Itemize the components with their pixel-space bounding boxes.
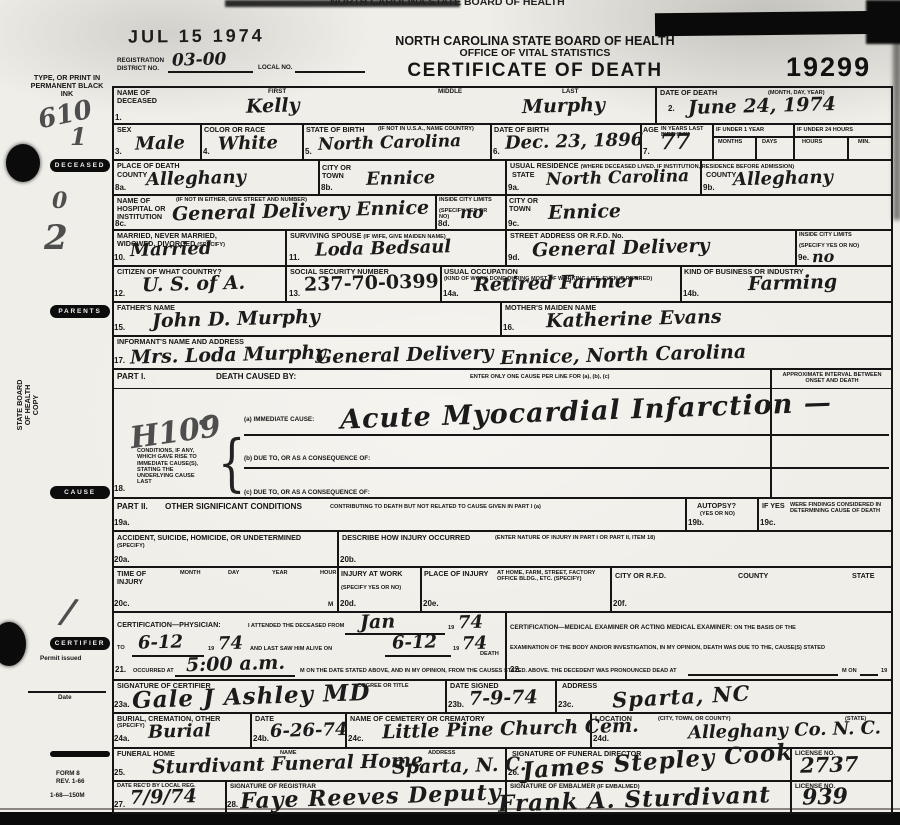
conditions-brace: { <box>218 428 246 497</box>
divider <box>445 681 447 712</box>
year-19-text: 19 <box>881 668 887 674</box>
value-from-year: 74 <box>458 612 484 634</box>
line-b-prefix: (b) <box>244 455 252 462</box>
field-20b-num: 20b. <box>340 556 356 565</box>
min-header: MIN. <box>858 139 870 145</box>
death-word: DEATH <box>480 651 499 657</box>
divider <box>755 137 757 159</box>
place-city-label: CITY OR TOWN <box>322 164 362 180</box>
autopsy-label: AUTOPSY? <box>697 502 736 510</box>
line-c-label: DUE TO, OR AS A CONSEQUENCE OF: <box>253 489 369 496</box>
hour-header: HOUR <box>320 570 336 576</box>
field-23a-num: 23a. <box>114 701 130 710</box>
value-street: General Delivery <box>532 235 710 262</box>
field-25-num: 25. <box>114 769 125 778</box>
field-27-num: 27. <box>114 801 125 810</box>
cause-line-a-rule <box>244 434 889 436</box>
divider <box>337 568 339 611</box>
value-license2: 939 <box>802 783 849 810</box>
divider <box>795 136 891 138</box>
field-2-num: 2. <box>668 105 675 114</box>
value-occurred-time: 5:00 a.m. <box>186 652 285 677</box>
value-citizen: U. S. of A. <box>142 272 246 297</box>
days-header: DAYS <box>762 139 777 145</box>
value-father: John D. Murphy <box>152 306 320 332</box>
field-9a-num: 9a. <box>508 184 519 193</box>
field-5-num: 5. <box>305 148 312 157</box>
hours-header: HOURS <box>802 139 822 145</box>
field-9d-num: 9d. <box>508 254 520 263</box>
divider <box>285 267 287 301</box>
field-6-num: 6. <box>493 148 500 157</box>
to-year-prefix: 19 <box>208 646 214 652</box>
burial-type-sub: (SPECIFY) <box>117 723 145 729</box>
part2-label: PART II. <box>117 502 148 511</box>
day-header: DAY <box>228 570 239 576</box>
divider <box>490 125 492 159</box>
form-number: FORM 8 <box>56 770 80 777</box>
address-label: ADDRESS <box>562 682 597 690</box>
field-19c-num: 19c. <box>760 519 776 528</box>
icl-residence-label: INSIDE CITY LIMITS <box>799 232 861 238</box>
examiner-text2: EXAMINATION OF THE BODY AND/OR INVESTIGA… <box>510 645 825 651</box>
field-24d-num: 24d. <box>593 735 609 744</box>
divider <box>685 499 687 530</box>
sex-label: SEX <box>117 126 131 134</box>
hole-punch-bottom <box>0 622 26 666</box>
registration-rule <box>168 71 253 73</box>
hole-punch-top <box>6 144 40 182</box>
accident-label: ACCIDENT, SUICIDE, HOMICIDE, OR UNDETERM… <box>117 534 327 542</box>
field-14b-num: 14b. <box>683 290 699 299</box>
local-no-label: LOCAL NO. <box>258 64 293 71</box>
divider <box>250 714 252 747</box>
field-8a-num: 8a. <box>115 184 126 193</box>
field-19a-num: 19a. <box>114 519 130 528</box>
value-first-name: Kelly <box>246 94 300 117</box>
divider <box>680 267 682 301</box>
field-15-num: 15. <box>114 324 125 333</box>
value-mother: Katherine Evans <box>546 306 722 333</box>
divider <box>610 568 612 611</box>
value-last-name: Murphy <box>522 94 606 118</box>
field-26-num: 26. <box>508 769 519 778</box>
board-name: NORTH CAROLINA STATE BOARD OF HEALTH <box>380 34 690 48</box>
to-label: TO <box>117 645 125 651</box>
registration-label: REGISTRATION <box>117 57 164 64</box>
field-21-num: 21. <box>115 666 126 675</box>
divider <box>793 125 795 159</box>
value-funeral-home-address: Sparta, N. C. <box>392 753 527 779</box>
death-caused-label: DEATH CAUSED BY: <box>216 372 296 381</box>
field-9c-num: 9c. <box>508 220 519 229</box>
value-marital: Married <box>130 238 212 261</box>
ghost-header-text: NORTH CAROLINA STATE BOARD OF HEALTH <box>330 0 565 9</box>
injury-city-header: CITY OR R.F.D. <box>615 572 666 580</box>
value-occupation: Retired Farmer <box>474 270 637 296</box>
accident-sub: (SPECIFY) <box>117 543 145 549</box>
field-20e-num: 20e. <box>423 600 439 609</box>
field-18-num: 18. <box>114 485 125 494</box>
document-title: CERTIFICATE OF DEATH <box>380 60 690 81</box>
residence-city-label: CITY OR TOWN <box>509 197 549 213</box>
field-20a-num: 20a. <box>114 556 130 565</box>
field-9b-num: 9b. <box>703 184 715 193</box>
value-residence-county: Alleghany <box>733 167 833 191</box>
field-19b-num: 19b. <box>688 519 704 528</box>
enter-note: ENTER ONLY ONE CAUSE PER LINE FOR (a), (… <box>470 374 610 380</box>
field-20f-num: 20f. <box>613 600 627 609</box>
value-date-of-birth: Dec. 23, 1896 <box>505 129 644 154</box>
ink-instruction: TYPE, OR PRINT IN PERMANENT BLACK INK <box>26 74 108 98</box>
line-a-label: IMMEDIATE CAUSE: <box>253 416 314 423</box>
field-17-num: 17. <box>114 357 125 366</box>
divider <box>302 125 304 159</box>
value-ssn: 237-70-0399 <box>304 270 439 296</box>
value-age: 77 <box>660 129 691 156</box>
divider <box>555 681 557 712</box>
value-death-county: Alleghany <box>146 167 246 191</box>
value-industry: Farming <box>748 271 838 295</box>
margin-code-1: 1 <box>70 122 87 151</box>
certificate-number: 19299 <box>786 52 871 82</box>
tab-burial <box>50 751 110 757</box>
divider <box>714 136 793 138</box>
last-saw-rule <box>385 655 451 657</box>
permit-date-label: Date <box>58 694 72 701</box>
month-header: MONTH <box>180 570 201 576</box>
divider <box>337 532 339 566</box>
describe-sub: (ENTER NATURE OF INJURY IN PART I OR PAR… <box>495 535 655 541</box>
received-date-stamp: JUL 15 1974 <box>128 25 265 46</box>
value-last-saw-date: 6-12 <box>392 631 438 653</box>
field-20d-num: 20d. <box>340 600 356 609</box>
months-header: MONTHS <box>718 139 742 145</box>
divider <box>435 196 437 229</box>
field-20c-num: 20c. <box>114 600 130 609</box>
field-12-num: 12. <box>114 290 125 299</box>
field-13-num: 13. <box>289 290 300 299</box>
value-license1: 2737 <box>800 751 859 778</box>
under24-label: IF UNDER 24 HOURS <box>797 127 853 133</box>
value-date-signed: 7-9-74 <box>469 686 538 710</box>
field-16-num: 16. <box>503 324 514 333</box>
field-8c-num: 8c. <box>115 220 126 229</box>
examiner-label: CERTIFICATION—MEDICAL EXAMINER OR ACTING… <box>510 624 732 631</box>
line-c-prefix: (c) <box>244 489 252 496</box>
residence-state-label: STATE <box>512 171 535 179</box>
death-certificate-scan: NORTH CAROLINA STATE BOARD OF HEALTH JUL… <box>0 0 900 825</box>
field-23b-num: 23b. <box>448 701 464 710</box>
birth-state-label: STATE OF BIRTH <box>306 126 364 134</box>
value-date-received: 7/9/74 <box>130 785 197 809</box>
field-24a-num: 24a. <box>114 735 130 744</box>
value-sex: Male <box>135 132 185 154</box>
from-year-prefix: 19 <box>448 625 454 631</box>
field-1-num: 1. <box>115 114 122 123</box>
divider <box>712 125 714 159</box>
divider <box>440 267 442 301</box>
injury-state-header: STATE <box>852 572 875 580</box>
margin-code-0: 0 <box>52 188 67 214</box>
tab-parents: PARENTS <box>50 305 110 318</box>
pronounced-rule-1 <box>688 674 838 676</box>
value-birth-state: North Carolina <box>318 131 462 155</box>
m-on-text: M ON <box>842 668 857 674</box>
time-of-injury-label: TIME OF INJURY <box>117 570 159 586</box>
other-conditions-sub: CONTRIBUTING TO DEATH BUT NOT RELATED TO… <box>330 504 541 510</box>
other-conditions-label: OTHER SIGNIFICANT CONDITIONS <box>165 502 302 511</box>
field-3-num: 3. <box>115 148 122 157</box>
field-8d-num: 8d. <box>438 220 450 229</box>
divider <box>500 303 502 335</box>
divider <box>847 137 849 159</box>
divider <box>200 125 202 159</box>
divider <box>318 161 320 194</box>
divider <box>420 568 422 611</box>
form-print-run: 1-68—150M <box>50 792 85 799</box>
field-9e-num: 9e. <box>798 254 809 263</box>
part1-label: PART I. <box>117 372 146 381</box>
value-burial-type: Burial <box>148 720 212 743</box>
year-header: YEAR <box>272 570 288 576</box>
district-no-label: DISTRICT NO. <box>117 65 159 72</box>
value-informant-address: General Delivery <box>316 342 494 369</box>
pronounced-rule-2 <box>860 674 878 676</box>
occurred-time-rule <box>175 675 295 677</box>
age-label: AGE <box>643 126 659 134</box>
injury-at-work-label: INJURY AT WORK <box>341 570 403 578</box>
field-11-num: 11. <box>289 254 300 263</box>
occurred-rest-text: M ON THE DATE STATED ABOVE, AND IN MY OP… <box>300 668 527 674</box>
under1-label: IF UNDER 1 YEAR <box>716 127 764 133</box>
value-attended-to: 6-12 <box>138 631 184 653</box>
field-22-num: 22. <box>510 666 521 675</box>
interval-label: APPROXIMATE INTERVAL BETWEEN ONSET AND D… <box>778 372 886 385</box>
tab-deceased: DECEASED <box>50 159 110 172</box>
value-icl-residence: no <box>812 247 835 267</box>
field-28-num: 28. <box>227 801 238 810</box>
field-14a-num: 14a. <box>443 290 459 299</box>
divider <box>505 196 507 229</box>
cause-line-b-rule <box>244 467 889 469</box>
line-a-prefix: (a) <box>244 416 252 423</box>
value-race: White <box>218 132 278 155</box>
field-name-label: NAME OF DECEASED <box>117 89 161 105</box>
value-death-city: Ennice <box>366 167 436 190</box>
value-residence-state: North Carolina <box>546 166 690 190</box>
form-revision: REV. 1-66 <box>56 778 84 785</box>
field-24b-num: 24b. <box>253 735 269 744</box>
describe-label: DESCRIBE HOW INJURY OCCURRED <box>342 534 470 542</box>
certification-physician-label: CERTIFICATION—PHYSICIAN: <box>117 621 221 629</box>
scan-edge-right <box>893 40 900 220</box>
residence-county-label: COUNTY <box>706 171 736 179</box>
line-b-label: DUE TO, OR AS A CONSEQUENCE OF: <box>254 455 370 462</box>
redaction-bar <box>655 11 890 36</box>
margin-code-2: 2 <box>44 218 68 258</box>
place-county-label: COUNTY <box>117 171 147 179</box>
middle-header: MIDDLE <box>438 88 462 95</box>
field-7-num: 7. <box>643 148 650 157</box>
permit-date-rule <box>28 691 106 693</box>
divider <box>795 231 797 265</box>
value-date-of-death: June 24, 1974 <box>688 93 836 119</box>
copy-line3: COPY <box>32 368 40 442</box>
saw-year-prefix: 19 <box>453 646 459 652</box>
local-no-rule <box>295 71 365 73</box>
field-23c-num: 23c. <box>558 701 574 710</box>
registration-district-value: 03-00 <box>172 49 227 70</box>
permit-issued-label: Permit issued <box>40 655 81 662</box>
injury-at-work-sub: (SPECIFY YES OR NO) <box>341 585 403 591</box>
scan-blot-top-right <box>866 0 900 44</box>
divider <box>790 782 792 812</box>
ghost-header-clip: NORTH CAROLINA STATE BOARD OF HEALTH <box>330 0 660 13</box>
place-of-injury-label: PLACE OF INJURY <box>424 570 488 578</box>
value-icl-death: no <box>460 203 484 224</box>
place-of-injury-sub: AT HOME, FARM, STREET, FACTORY OFFICE BL… <box>497 570 607 583</box>
hospital-label: NAME OF HOSPITAL OR INSTITUTION <box>117 197 175 221</box>
examiner-text1: ON THE BASIS OF THE <box>734 625 796 631</box>
am-pm-m-suffix: M <box>328 601 333 608</box>
occurred-label: OCCURRED AT <box>133 668 174 674</box>
value-to-year: 74 <box>218 633 244 655</box>
field-8b-num: 8b. <box>321 184 333 193</box>
margin-slash-mark: / <box>59 591 77 632</box>
tab-certifier: CERTIFIER <box>50 637 110 650</box>
attended-text: I ATTENDED THE DECEASED FROM <box>248 623 344 629</box>
office-name: OFFICE OF VITAL STATISTICS <box>380 48 690 60</box>
findings-label: IF YES <box>762 502 785 510</box>
divider <box>505 231 507 265</box>
value-burial-date: 6-26-74 <box>270 719 348 742</box>
divider <box>655 88 657 123</box>
field-24c-num: 24c. <box>348 735 364 744</box>
conditions-note: CONDITIONS, IF ANY, WHICH GAVE RISE TO I… <box>137 448 209 486</box>
divider <box>505 161 507 194</box>
findings-sub: WERE FINDINGS CONSIDERED IN DETERMINING … <box>790 502 890 515</box>
value-spouse: Loda Bedsaul <box>315 236 452 261</box>
divider <box>757 499 759 530</box>
copy-designation: STATE BOARD OF HEALTH COPY <box>16 368 86 442</box>
field-10-num: 10. <box>114 254 125 263</box>
tab-cause: CAUSE <box>50 486 110 499</box>
field-4-num: 4. <box>203 148 210 157</box>
divider <box>285 231 287 265</box>
autopsy-sub: (YES OR NO) <box>700 511 735 517</box>
location-label: LOCATION <box>595 715 632 723</box>
value-residence-city: Ennice <box>548 200 622 224</box>
value-attended-from: Jan <box>360 611 396 634</box>
pronounced-text: ABOVE. THE DECEDENT WAS PRONOUNCED DEAD … <box>528 668 677 674</box>
injury-county-header: COUNTY <box>738 572 768 580</box>
